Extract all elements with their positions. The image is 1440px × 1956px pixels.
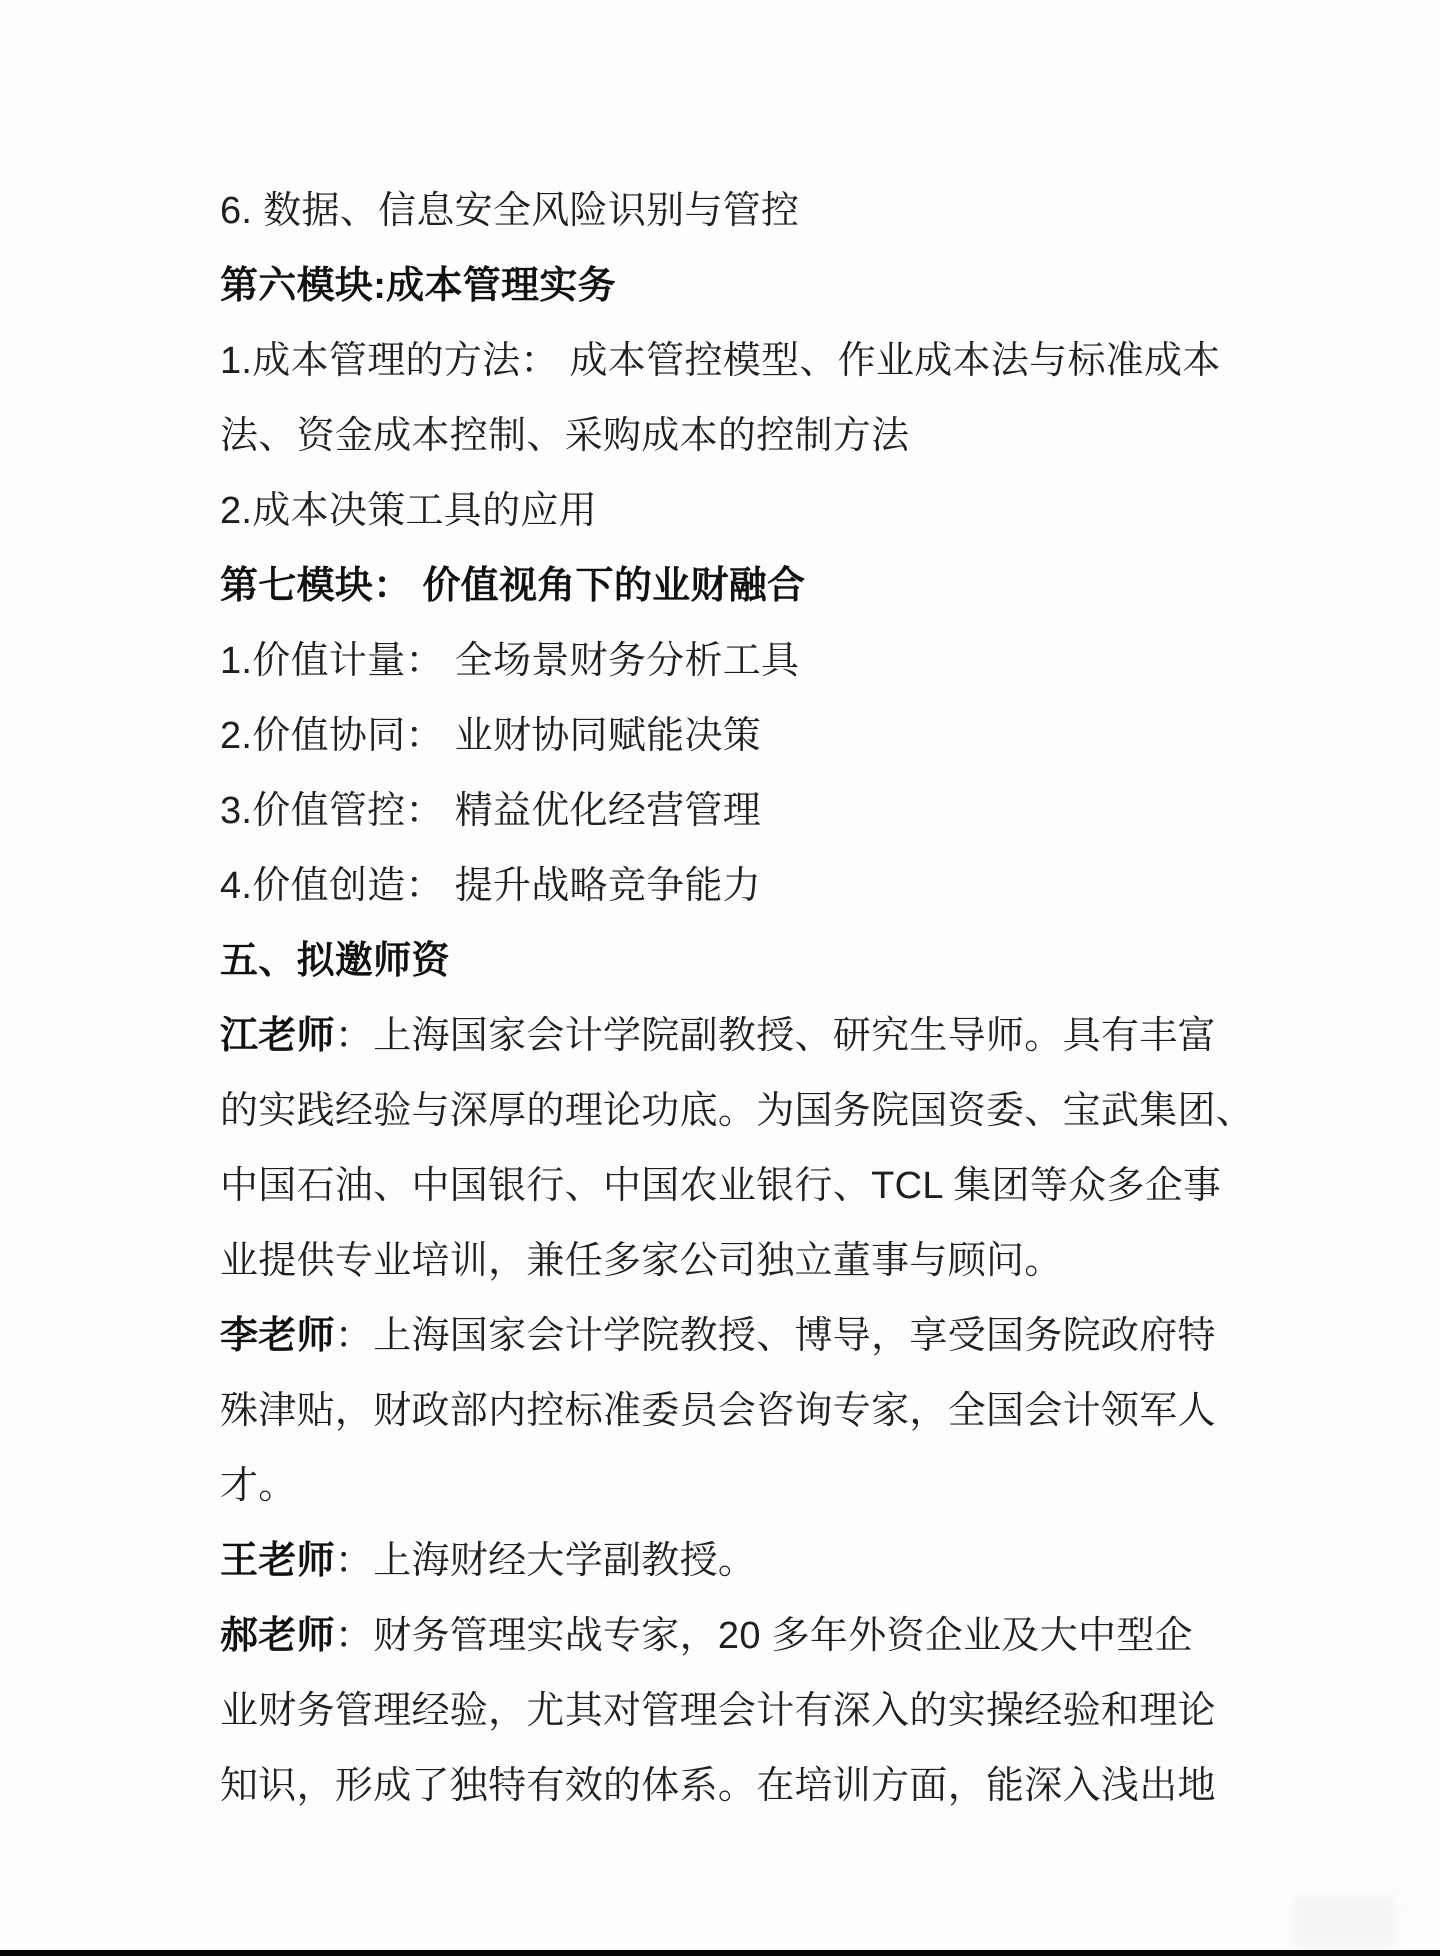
text-line: 知识，形成了独特有效的体系。在培训方面，能深入浅出地	[220, 1749, 1380, 1824]
text-line: 中国石油、中国银行、中国农业银行、TCL 集团等众多企事	[220, 1149, 1380, 1224]
text-line: 才。	[220, 1449, 1380, 1524]
text-line-regular-segment: 1.成本管理的方法： 成本管控模型、作业成本法与标准成本	[220, 340, 1221, 382]
text-line: 法、资金成本控制、采购成本的控制方法	[220, 399, 1380, 474]
text-line: 第七模块： 价值视角下的业财融合	[220, 549, 1380, 624]
text-line-bold-segment: 李老师	[220, 1315, 335, 1357]
text-line-bold-segment: 王老师	[220, 1540, 335, 1582]
text-line: 2.成本决策工具的应用	[220, 474, 1380, 549]
watermark	[1292, 1896, 1397, 1948]
text-line-regular-segment: ：上海国家会计学院教授、博导，享受国务院政府特	[335, 1315, 1216, 1357]
text-line: 1.成本管理的方法： 成本管控模型、作业成本法与标准成本	[220, 324, 1380, 399]
text-line-regular-segment: ：上海财经大学副教授。	[335, 1540, 756, 1582]
text-line: 2.价值协同： 业财协同赋能决策	[220, 699, 1380, 774]
text-line-regular-segment: 业提供专业培训，兼任多家公司独立董事与顾问。	[220, 1240, 1063, 1282]
text-line-regular-segment: 的实践经验与深厚的理论功底。为国务院国资委、宝武集团、	[220, 1090, 1254, 1132]
document-page: 6. 数据、信息安全风险识别与管控第六模块:成本管理实务1.成本管理的方法： 成…	[0, 0, 1440, 1956]
text-line: 1.价值计量： 全场景财务分析工具	[220, 624, 1380, 699]
document-text-block: 6. 数据、信息安全风险识别与管控第六模块:成本管理实务1.成本管理的方法： 成…	[220, 174, 1380, 1824]
text-line: 业财务管理经验，尤其对管理会计有深入的实操经验和理论	[220, 1674, 1380, 1749]
bottom-edge-bar	[0, 1950, 1440, 1956]
text-line-regular-segment: 2.成本决策工具的应用	[220, 490, 597, 532]
text-line: 李老师：上海国家会计学院教授、博导，享受国务院政府特	[220, 1299, 1380, 1374]
text-line-regular-segment: 6. 数据、信息安全风险识别与管控	[220, 190, 799, 232]
text-line: 业提供专业培训，兼任多家公司独立董事与顾问。	[220, 1224, 1380, 1299]
text-line-bold-segment: 郝老师	[220, 1615, 335, 1657]
text-line-regular-segment: 才。	[220, 1465, 297, 1507]
text-line-regular-segment: 业财务管理经验，尤其对管理会计有深入的实操经验和理论	[220, 1690, 1216, 1732]
text-line: 6. 数据、信息安全风险识别与管控	[220, 174, 1380, 249]
text-line: 郝老师：财务管理实战专家，20 多年外资企业及大中型企	[220, 1599, 1380, 1674]
text-line: 第六模块:成本管理实务	[220, 249, 1380, 324]
text-line: 王老师：上海财经大学副教授。	[220, 1524, 1380, 1599]
text-line-regular-segment: 殊津贴，财政部内控标准委员会咨询专家，全国会计领军人	[220, 1390, 1216, 1432]
text-line-regular-segment: 知识，形成了独特有效的体系。在培训方面，能深入浅出地	[220, 1765, 1216, 1807]
text-line: 4.价值创造： 提升战略竞争能力	[220, 849, 1380, 924]
text-line-bold-segment: 第六模块:成本管理实务	[220, 265, 616, 307]
text-line-regular-segment: 中国石油、中国银行、中国农业银行、TCL 集团等众多企事	[220, 1165, 1221, 1207]
text-line-regular-segment: 法、资金成本控制、采购成本的控制方法	[220, 415, 909, 457]
text-line: 的实践经验与深厚的理论功底。为国务院国资委、宝武集团、	[220, 1074, 1380, 1149]
text-line: 3.价值管控： 精益优化经营管理	[220, 774, 1380, 849]
text-line: 江老师：上海国家会计学院副教授、研究生导师。具有丰富	[220, 999, 1380, 1074]
text-line-regular-segment: 2.价值协同： 业财协同赋能决策	[220, 715, 761, 757]
text-line-bold-segment: 江老师	[220, 1015, 335, 1057]
text-line-regular-segment: ：上海国家会计学院副教授、研究生导师。具有丰富	[335, 1015, 1216, 1057]
text-line-bold-segment: 第七模块： 价值视角下的业财融合	[220, 565, 805, 607]
text-line-bold-segment: 五、拟邀师资	[220, 940, 450, 982]
text-line-regular-segment: 3.价值管控： 精益优化经营管理	[220, 790, 761, 832]
text-line-regular-segment: 1.价值计量： 全场景财务分析工具	[220, 640, 799, 682]
text-line-regular-segment: ：财务管理实战专家，20 多年外资企业及大中型企	[335, 1615, 1193, 1657]
text-line-regular-segment: 4.价值创造： 提升战略竞争能力	[220, 865, 761, 907]
text-line: 殊津贴，财政部内控标准委员会咨询专家，全国会计领军人	[220, 1374, 1380, 1449]
text-line: 五、拟邀师资	[220, 924, 1380, 999]
